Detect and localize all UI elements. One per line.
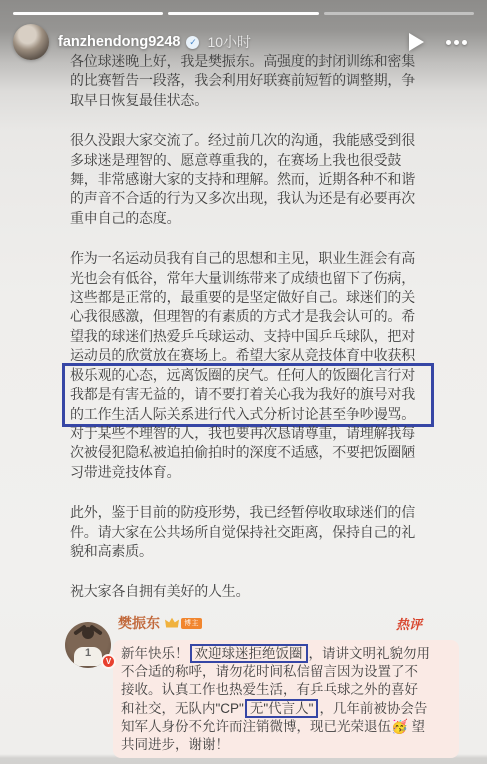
comment-line-4: 和社交，无队内"CP"无"代言人"，几年前被协会告	[121, 699, 451, 718]
progress-segment-1	[13, 12, 163, 15]
highlighted-phrase-2: 无"代言人"	[245, 699, 319, 718]
comment-line-1: 新年快乐！欢迎球迷拒绝饭圈，请讲文明礼貌勿用	[121, 644, 451, 663]
highlighted-passage-box: 极乐观的心态，远离饭圈的戾气。任何人的饭圈化言行对 我都是有害无益的，请不要打着…	[62, 363, 434, 427]
comment-header-row: 樊振东 博主 热评	[118, 612, 465, 634]
progress-segment-3	[324, 12, 474, 15]
highlighted-phrase-1: 欢迎球迷拒绝饭圈	[190, 644, 308, 663]
author-badge: 博主	[181, 618, 202, 629]
statement-text: 各位球迷晚上好，我是樊振东。高强度的封闭训练和密集 的比赛暂告一段落，我会利用好…	[70, 52, 426, 623]
story-progress-bar	[13, 12, 474, 15]
story-viewer: fanzhendong9248 ✓ 10小时 各位球迷晚上好，我是樊振东。高强度…	[0, 0, 487, 764]
statement-paragraph-2: 很久没跟大家交流了。经过前几次的沟通，我能感受到很 多球迷是理智的、愿意尊重我的…	[70, 131, 426, 228]
comment-line-2: 不合适的称呼，请勿花时间私信留言因为设置了不	[121, 663, 451, 681]
story-timestamp: 10小时	[207, 32, 251, 52]
comment-line-3: 接收。认真工作也热爱生活，有乒乓球之外的喜好	[121, 681, 451, 699]
weibo-comment: 1 V 樊振东 博主 热评 新年快乐！欢迎球迷拒绝饭圈，请讲文明礼貌勿用 不合适…	[63, 612, 465, 758]
story-header: fanzhendong9248 ✓ 10小时	[13, 24, 475, 60]
username[interactable]: fanzhendong9248	[58, 34, 180, 50]
avatar-jersey: 1	[74, 647, 102, 666]
crown-badge-icon	[165, 617, 179, 629]
verified-badge-icon: ✓	[186, 36, 199, 49]
comment-bubble: 新年快乐！欢迎球迷拒绝饭圈，请讲文明礼貌勿用 不合适的称呼，请勿花时间私信留言因…	[113, 640, 459, 758]
statement-p3-pre: 作为一名运动员我有自己的思想和主见，职业生涯会有高 光也会有低谷，常年大量训练带…	[70, 249, 426, 365]
progress-segment-2	[168, 12, 318, 15]
hot-comment-label: 热评	[396, 614, 422, 633]
comment-line-6: 共同进步，谢谢！	[121, 736, 451, 754]
more-options-icon[interactable]	[446, 40, 467, 45]
statement-paragraph-1: 各位球迷晚上好，我是樊振东。高强度的封闭训练和密集 的比赛暂告一段落，我会利用好…	[70, 52, 426, 110]
statement-p3-post: 对于某些不理智的人，我也要再次恳请尊重，请理解我每 次被侵犯隐私被追拍偷拍时的深…	[70, 424, 426, 482]
comment-line-5: 知军人身份不允许而注销微博，现已光荣退伍🥳 望	[121, 718, 451, 736]
profile-avatar[interactable]	[13, 24, 49, 60]
play-icon[interactable]	[409, 33, 424, 51]
statement-paragraph-5: 祝大家各自拥有美好的人生。	[70, 582, 426, 601]
statement-paragraph-3: 作为一名运动员我有自己的思想和主见，职业生涯会有高 光也会有低谷，常年大量训练带…	[70, 249, 426, 482]
statement-paragraph-4: 此外，鉴于目前的防疫形势，我已经暂停收取球迷们的信 件。请大家在公共场所自觉保持…	[70, 503, 426, 561]
comment-author-name: 樊振东	[118, 613, 160, 633]
weibo-verified-v-icon: V	[101, 654, 116, 669]
